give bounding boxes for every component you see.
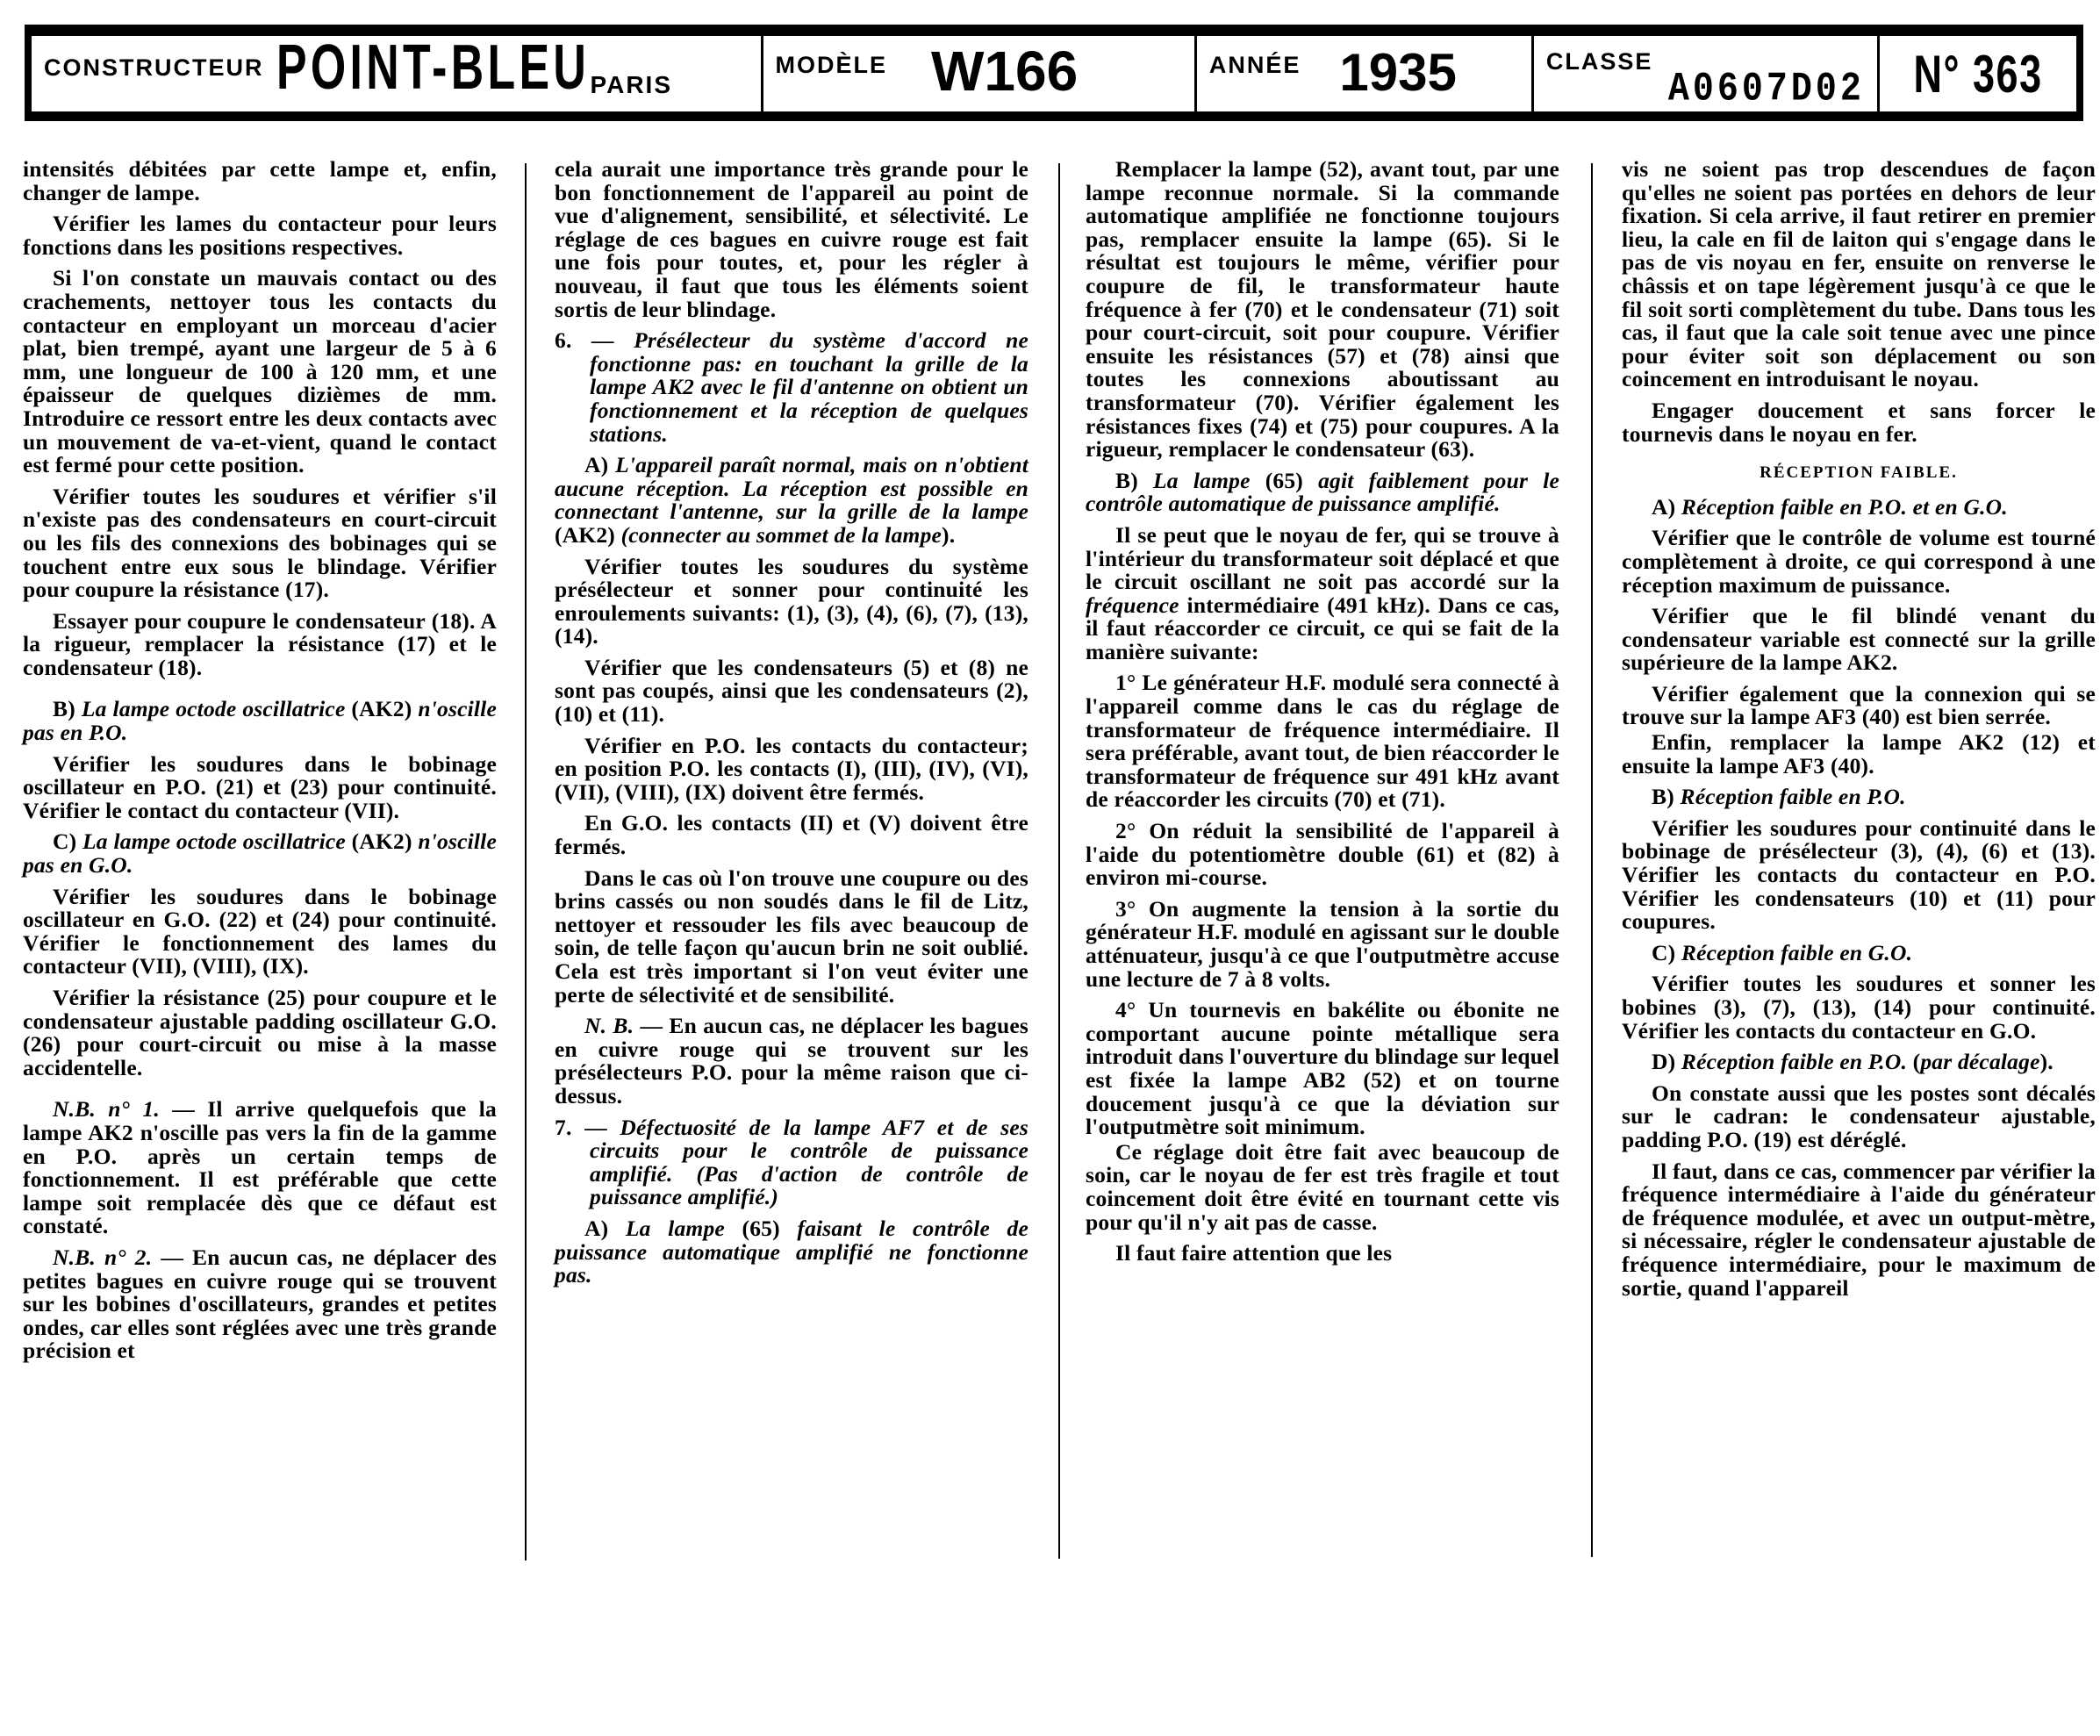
section-number: 6. —	[555, 327, 614, 353]
paragraph: Vérifier toutes les soudures et sonner l…	[1622, 972, 2096, 1043]
subheading-c: C) Réception faible en G.O.	[1622, 942, 2096, 965]
subheading-ref: (AK2)	[351, 696, 412, 721]
text-run: Il se peut que le noyau de fer, qui se t…	[1086, 522, 1559, 594]
constructeur-value: POINT-BLEU	[276, 36, 590, 99]
paragraph: intensités débitées par cette lampe et, …	[23, 158, 497, 204]
paragraph: En G.O. les contacts (II) et (V) doivent…	[555, 812, 1028, 858]
paragraph: Vérifier les soudures dans le bobinage o…	[23, 886, 497, 979]
classe-value: A0607D02	[1668, 70, 1865, 111]
subheading-text: La lampe	[1153, 468, 1251, 493]
note-1: N.B. n° 1. — Il arrive quelquefois que l…	[23, 1098, 497, 1238]
subheading-ref: (65)	[1265, 468, 1303, 493]
column-4: vis ne soient pas trop descendues de faç…	[1622, 158, 2096, 1308]
subheading-c: C) La lampe octode oscillatrice (AK2) n'…	[23, 830, 497, 877]
paragraph: Vérifier que le contrôle de volume est t…	[1622, 527, 2096, 597]
paragraph: Dans le cas où l'on trouve une coupure o…	[555, 867, 1028, 1008]
document-body: intensités débitées par cette lampe et, …	[0, 158, 2100, 1736]
subheading-text: La lampe octode oscillatrice	[82, 696, 346, 721]
paragraph: Vérifier également que la connexion qui …	[1622, 683, 2096, 729]
section-title: Présélecteur du système d'accord ne fonc…	[590, 327, 1028, 446]
subheading-ref: (AK2)	[352, 829, 412, 854]
paragraph: Il se peut que le noyau de fer, qui se t…	[1086, 524, 1559, 664]
subheading-a: A) L'appareil paraît normal, mais on n'o…	[555, 454, 1028, 547]
paragraph: Il faut, dans ce cas, commencer par véri…	[1622, 1160, 2096, 1301]
paragraph: cela aurait une importance très grande p…	[555, 158, 1028, 321]
paragraph: Vérifier les soudures pour continuité da…	[1622, 817, 2096, 934]
subheading-text: Réception faible en G.O.	[1681, 940, 1912, 965]
paragraph: Vérifier les lames du contacteur pour le…	[23, 212, 497, 259]
modele-cell: MODÈLE W166	[763, 36, 1197, 111]
paragraph: Vérifier que les condensateurs (5) et (8…	[555, 656, 1028, 727]
column-3: Remplacer la lampe (52), avant tout, par…	[1086, 158, 1559, 1273]
section-heading-6: 6. — Présélecteur du système d'accord ne…	[555, 329, 1028, 446]
subheading-text: par décalage	[1920, 1049, 2039, 1074]
paragraph: Remplacer la lampe (52), avant tout, par…	[1086, 158, 1559, 462]
subheading-prefix: D)	[1652, 1049, 1675, 1074]
subheading-d: D) Réception faible en P.O. (par décalag…	[1622, 1051, 2096, 1074]
paragraph: Vérifier toutes les soudures et vérifier…	[23, 485, 497, 602]
paragraph: Vérifier toutes les soudures du système …	[555, 556, 1028, 649]
paragraph: Il faut faire attention que les	[1086, 1242, 1559, 1266]
subheading-b: B) La lampe octode oscillatrice (AK2) n'…	[23, 698, 497, 744]
subheading-prefix: A)	[584, 1216, 608, 1241]
note-label: N.B. n° 1.	[53, 1096, 160, 1122]
annee-cell: ANNÉE 1935	[1197, 36, 1534, 111]
subheading-prefix: B)	[53, 696, 75, 721]
subheading-ref: (AK2)	[555, 522, 615, 548]
subheading-text: Réception faible en P.O.	[1681, 1049, 1907, 1074]
paragraph: 3° On augmente la tension à la sortie du…	[1086, 898, 1559, 991]
annee-value: 1935	[1339, 47, 1456, 99]
subheading-ref: (65)	[742, 1216, 780, 1241]
subheading-prefix: C)	[1652, 940, 1675, 965]
note-2: N.B. n° 2. — En aucun cas, ne déplacer d…	[23, 1246, 497, 1363]
subheading-b: B) La lampe (65) agit faiblement pour le…	[1086, 470, 1559, 516]
subheading-text: La lampe	[626, 1216, 725, 1241]
numero-value: N° 363	[1913, 44, 2042, 104]
subheading-text: L'appareil paraît normal, mais on n'obti…	[555, 452, 1028, 524]
paragraph: Vérifier que le fil blindé venant du con…	[1622, 605, 2096, 675]
subheading-text: La lampe octode oscillatrice	[82, 829, 346, 854]
section-number: 7. —	[555, 1115, 607, 1140]
annee-label: ANNÉE	[1209, 52, 1301, 79]
paragraph: Vérifier en P.O. les contacts du contact…	[555, 735, 1028, 805]
section-heading-7: 7. — Défectuosité de la lampe AF7 et de …	[555, 1116, 1028, 1209]
paragraph: 2° On réduit la sensibilité de l'apparei…	[1086, 820, 1559, 890]
paragraph: 1° Le générateur H.F. modulé sera connec…	[1086, 671, 1559, 812]
note: N. B. — En aucun cas, ne déplacer les ba…	[555, 1015, 1028, 1108]
paragraph: Ce réglage doit être fait avec beaucoup …	[1086, 1141, 1559, 1234]
paragraph: Engager doucement et sans forcer le tour…	[1622, 399, 2096, 446]
document-header: CONSTRUCTEUR POINT-BLEU PARIS MODÈLE W16…	[25, 25, 2083, 121]
text-run-italic: fréquence	[1086, 592, 1179, 618]
text-run: ).	[2040, 1049, 2053, 1074]
modele-value: W166	[931, 43, 1078, 99]
column-1: intensités débitées par cette lampe et, …	[23, 158, 497, 1371]
subheading-b: B) Réception faible en P.O.	[1622, 786, 2096, 809]
paragraph: Vérifier la résistance (25) pour coupure…	[23, 986, 497, 1080]
constructeur-label: CONSTRUCTEUR	[44, 54, 264, 82]
modele-label: MODÈLE	[776, 52, 888, 79]
note-label: N.B. n° 2.	[53, 1245, 152, 1270]
subheading-text: Réception faible en P.O. et en G.O.	[1681, 494, 2008, 520]
subheading-text: Réception faible en P.O.	[1680, 784, 1905, 809]
numero-label: N°	[1913, 45, 1960, 104]
subheading-text: (connecter au sommet de la lampe	[621, 522, 942, 548]
numero-number: 363	[1973, 45, 2043, 104]
paragraph: Enfin, remplacer la lampe AK2 (12) et en…	[1622, 731, 2096, 778]
column-2: cela aurait une importance très grande p…	[555, 158, 1028, 1295]
subheading-a: A) La lampe (65) faisant le contrôle de …	[555, 1217, 1028, 1288]
paragraph: vis ne soient pas trop descendues de faç…	[1622, 158, 2096, 391]
classe-label: CLASSE	[1546, 48, 1653, 75]
subheading-prefix: B)	[1115, 468, 1138, 493]
classe-cell: CLASSE A0607D02	[1534, 36, 1880, 111]
paragraph: Si l'on constate un mauvais contact ou d…	[23, 267, 497, 477]
constructeur-cell: CONSTRUCTEUR POINT-BLEU PARIS	[32, 36, 763, 111]
paragraph: 4° Un tournevis en bakélite ou ébonite n…	[1086, 999, 1559, 1139]
subheading-a: A) Réception faible en P.O. et en G.O.	[1622, 496, 2096, 520]
section-title-reception-faible: RÉCEPTION FAIBLE.	[1622, 462, 2096, 485]
section-title: Défectuosité de la lampe AF7 et de ses c…	[590, 1115, 1028, 1210]
paragraph: Essayer pour coupure le condensateur (18…	[23, 610, 497, 680]
paragraph: Vérifier les soudures dans le bobinage o…	[23, 753, 497, 823]
subheading-prefix: C)	[53, 829, 76, 854]
city-label: PARIS	[591, 71, 673, 99]
subheading-prefix: A)	[584, 452, 608, 477]
subheading-prefix: A)	[1652, 494, 1675, 520]
numero-cell: N° 363	[1880, 36, 2076, 111]
subheading-prefix: B)	[1652, 784, 1674, 809]
paragraph: On constate aussi que les postes sont dé…	[1622, 1082, 2096, 1152]
subheading-end: ).	[942, 522, 955, 548]
note-label: N. B.	[584, 1013, 634, 1038]
